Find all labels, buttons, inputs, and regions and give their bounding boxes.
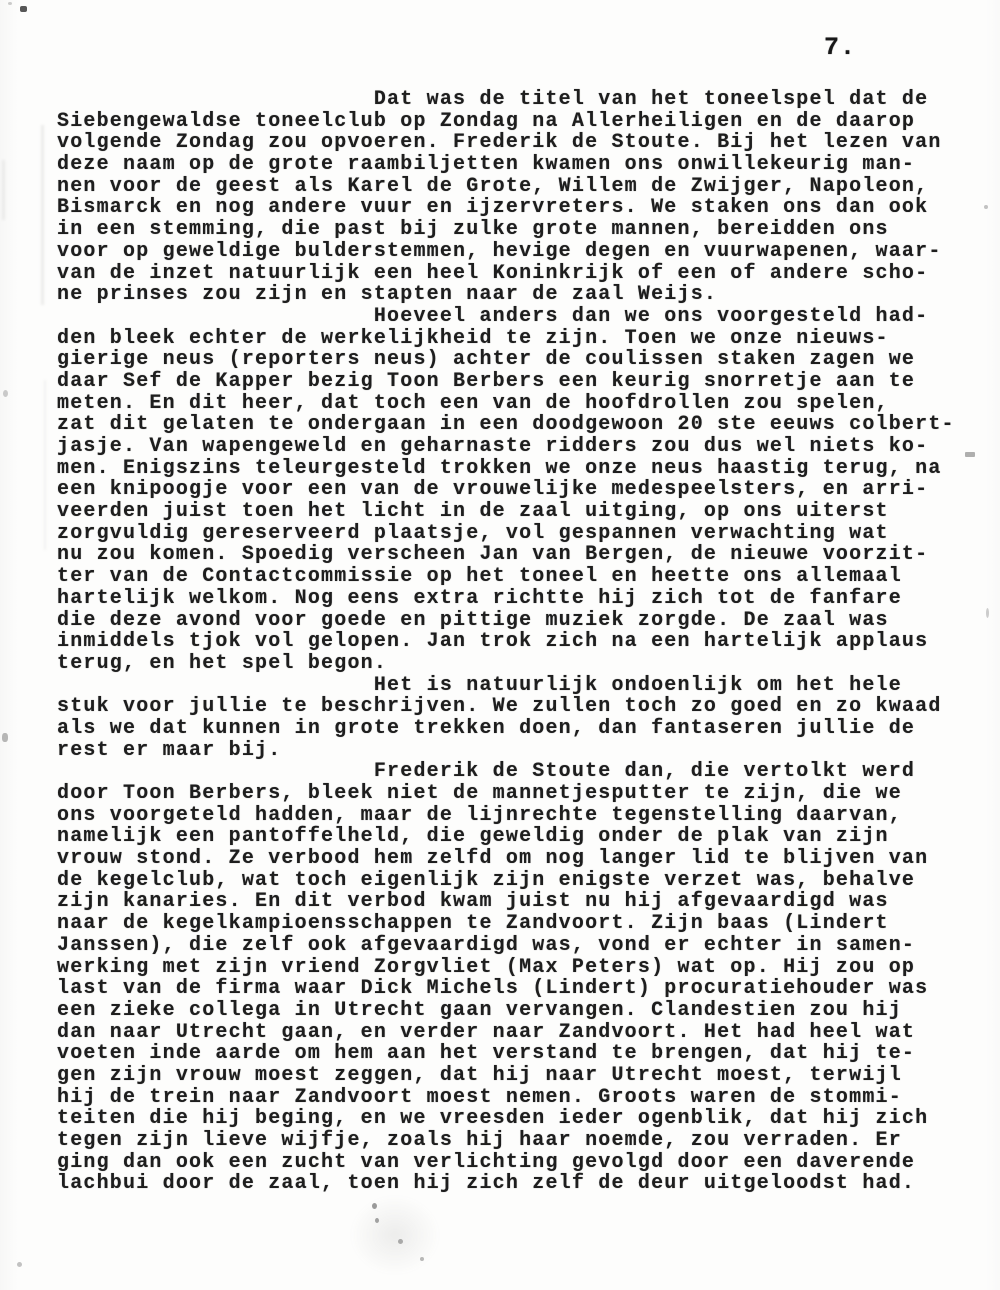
text-line: Frederik de Stoute dan, die vertolkt wer… [57,761,977,783]
text-line: werking met zijn vriend Zorgvliet (Max P… [57,957,977,979]
text-line: veerden juist toen het licht in de zaal … [57,501,977,523]
text-line: een knipoogje voor een van de vrouwelijk… [57,479,977,501]
text-line: last van de firma waar Dick Michels (Lin… [57,978,977,1000]
text-line: men. Enigszins teleurgesteld trokken we … [57,458,977,480]
text-line: den bleek echter de werkelijkheid te zij… [57,328,977,350]
text-line: lachbui door de zaal, toen hij zich zelf… [57,1173,977,1195]
typed-text: Dat was de titel van het toneelspel dat … [57,89,977,1195]
text-line: zijn kanaries. En dit verbod kwam juist … [57,891,977,913]
text-line: jasje. Van wapengeweld en geharnaste rid… [57,436,977,458]
text-line: deze naam op de grote raambiljetten kwam… [57,154,977,176]
text-line: nu zou komen. Spoedig verscheen Jan van … [57,544,977,566]
text-line: ne prinses zou zijn en stapten naar de z… [57,284,977,306]
text-line: hartelijk welkom. Nog eens extra richtte… [57,588,977,610]
text-line: naar de kegelkampioensschappen te Zandvo… [57,913,977,935]
text-line: ging dan ook een zucht van verlichting g… [57,1152,977,1174]
scan-speck [8,2,12,5]
text-line: tegen zijn lieve wijfje, zoals hij haar … [57,1130,977,1152]
text-line: in een stemming, die past bij zulke grot… [57,219,977,241]
scan-streak [41,125,44,305]
text-line: zorgvuldig gereserveerd plaatsje, vol ge… [57,523,977,545]
text-line: Siebengewaldse toneelclub op Zondag na A… [57,111,977,133]
text-line: inmiddels tjok vol gelopen. Jan trok zic… [57,631,977,653]
text-line: daar Sef de Kapper bezig Toon Berbers ee… [57,371,977,393]
scan-streak [44,380,46,550]
text-line: ter van de Contactcommissie op het tonee… [57,566,977,588]
page-number: 7. [824,33,856,62]
text-line: hij de trein naar Zandvoort moest nemen.… [57,1087,977,1109]
text-line: een zieke collega in Utrecht gaan vervan… [57,1000,977,1022]
text-line: namelijk een pantoffelheld, die geweldig… [57,826,977,848]
text-line: Het is natuurlijk ondoenlijk om het hele [57,675,977,697]
document-page: 7. Dat was de titel van het toneelspel d… [0,0,1000,1290]
text-line: van de inzet natuurlijk een heel Koninkr… [57,263,977,285]
text-line: teiten die hij beging, en we vreesden ie… [57,1108,977,1130]
scan-speck [20,6,27,12]
text-line: ons voorgeteld hadden, maar de lijnrecht… [57,805,977,827]
scan-speck [984,205,988,209]
scan-speck [965,452,975,457]
scan-speck [2,733,8,742]
text-line: voor op geweldige bulderstemmen, hevige … [57,241,977,263]
text-line: de kegelclub, wat toch eigenlijk zijn en… [57,870,977,892]
text-line: meten. En dit heer, dat toch een van de … [57,393,977,415]
scan-speck [3,390,8,397]
text-line: volgende Zondag zou opvoeren. Frederik d… [57,132,977,154]
text-line: rest er maar bij. [57,740,977,762]
text-line: vrouw stond. Ze verbood hem zelfd om nog… [57,848,977,870]
scan-streak [2,160,5,220]
text-line: zat dit gelaten te ondergaan in een dood… [57,414,977,436]
text-line: stuk voor jullie te beschrijven. We zull… [57,696,977,718]
text-line: die deze avond voor goede en pittige muz… [57,610,977,632]
text-line: Hoeveel anders dan we ons voorgesteld ha… [57,306,977,328]
text-line: voeten inde aarde om hem aan het verstan… [57,1043,977,1065]
scan-speck [986,608,989,618]
text-line: gierige neus (reporters neus) achter de … [57,349,977,371]
text-line: door Toon Berbers, bleek niet de mannetj… [57,783,977,805]
text-line: Janssen), die zelf ook afgevaardigd was,… [57,935,977,957]
text-line: Bismarck en nog andere vuur en ijzervret… [57,197,977,219]
scan-speck [17,1262,22,1267]
text-line: terug, en het spel begon. [57,653,977,675]
scan-smudge [350,1195,440,1275]
text-line: als we dat kunnen in grote trekken doen,… [57,718,977,740]
text-line: nen voor de geest als Karel de Grote, Wi… [57,176,977,198]
text-line: Dat was de titel van het toneelspel dat … [57,89,977,111]
text-line: gen zijn vrouw moest zeggen, dat hij naa… [57,1065,977,1087]
text-line: dan naar Utrecht gaan, en verder naar Za… [57,1022,977,1044]
